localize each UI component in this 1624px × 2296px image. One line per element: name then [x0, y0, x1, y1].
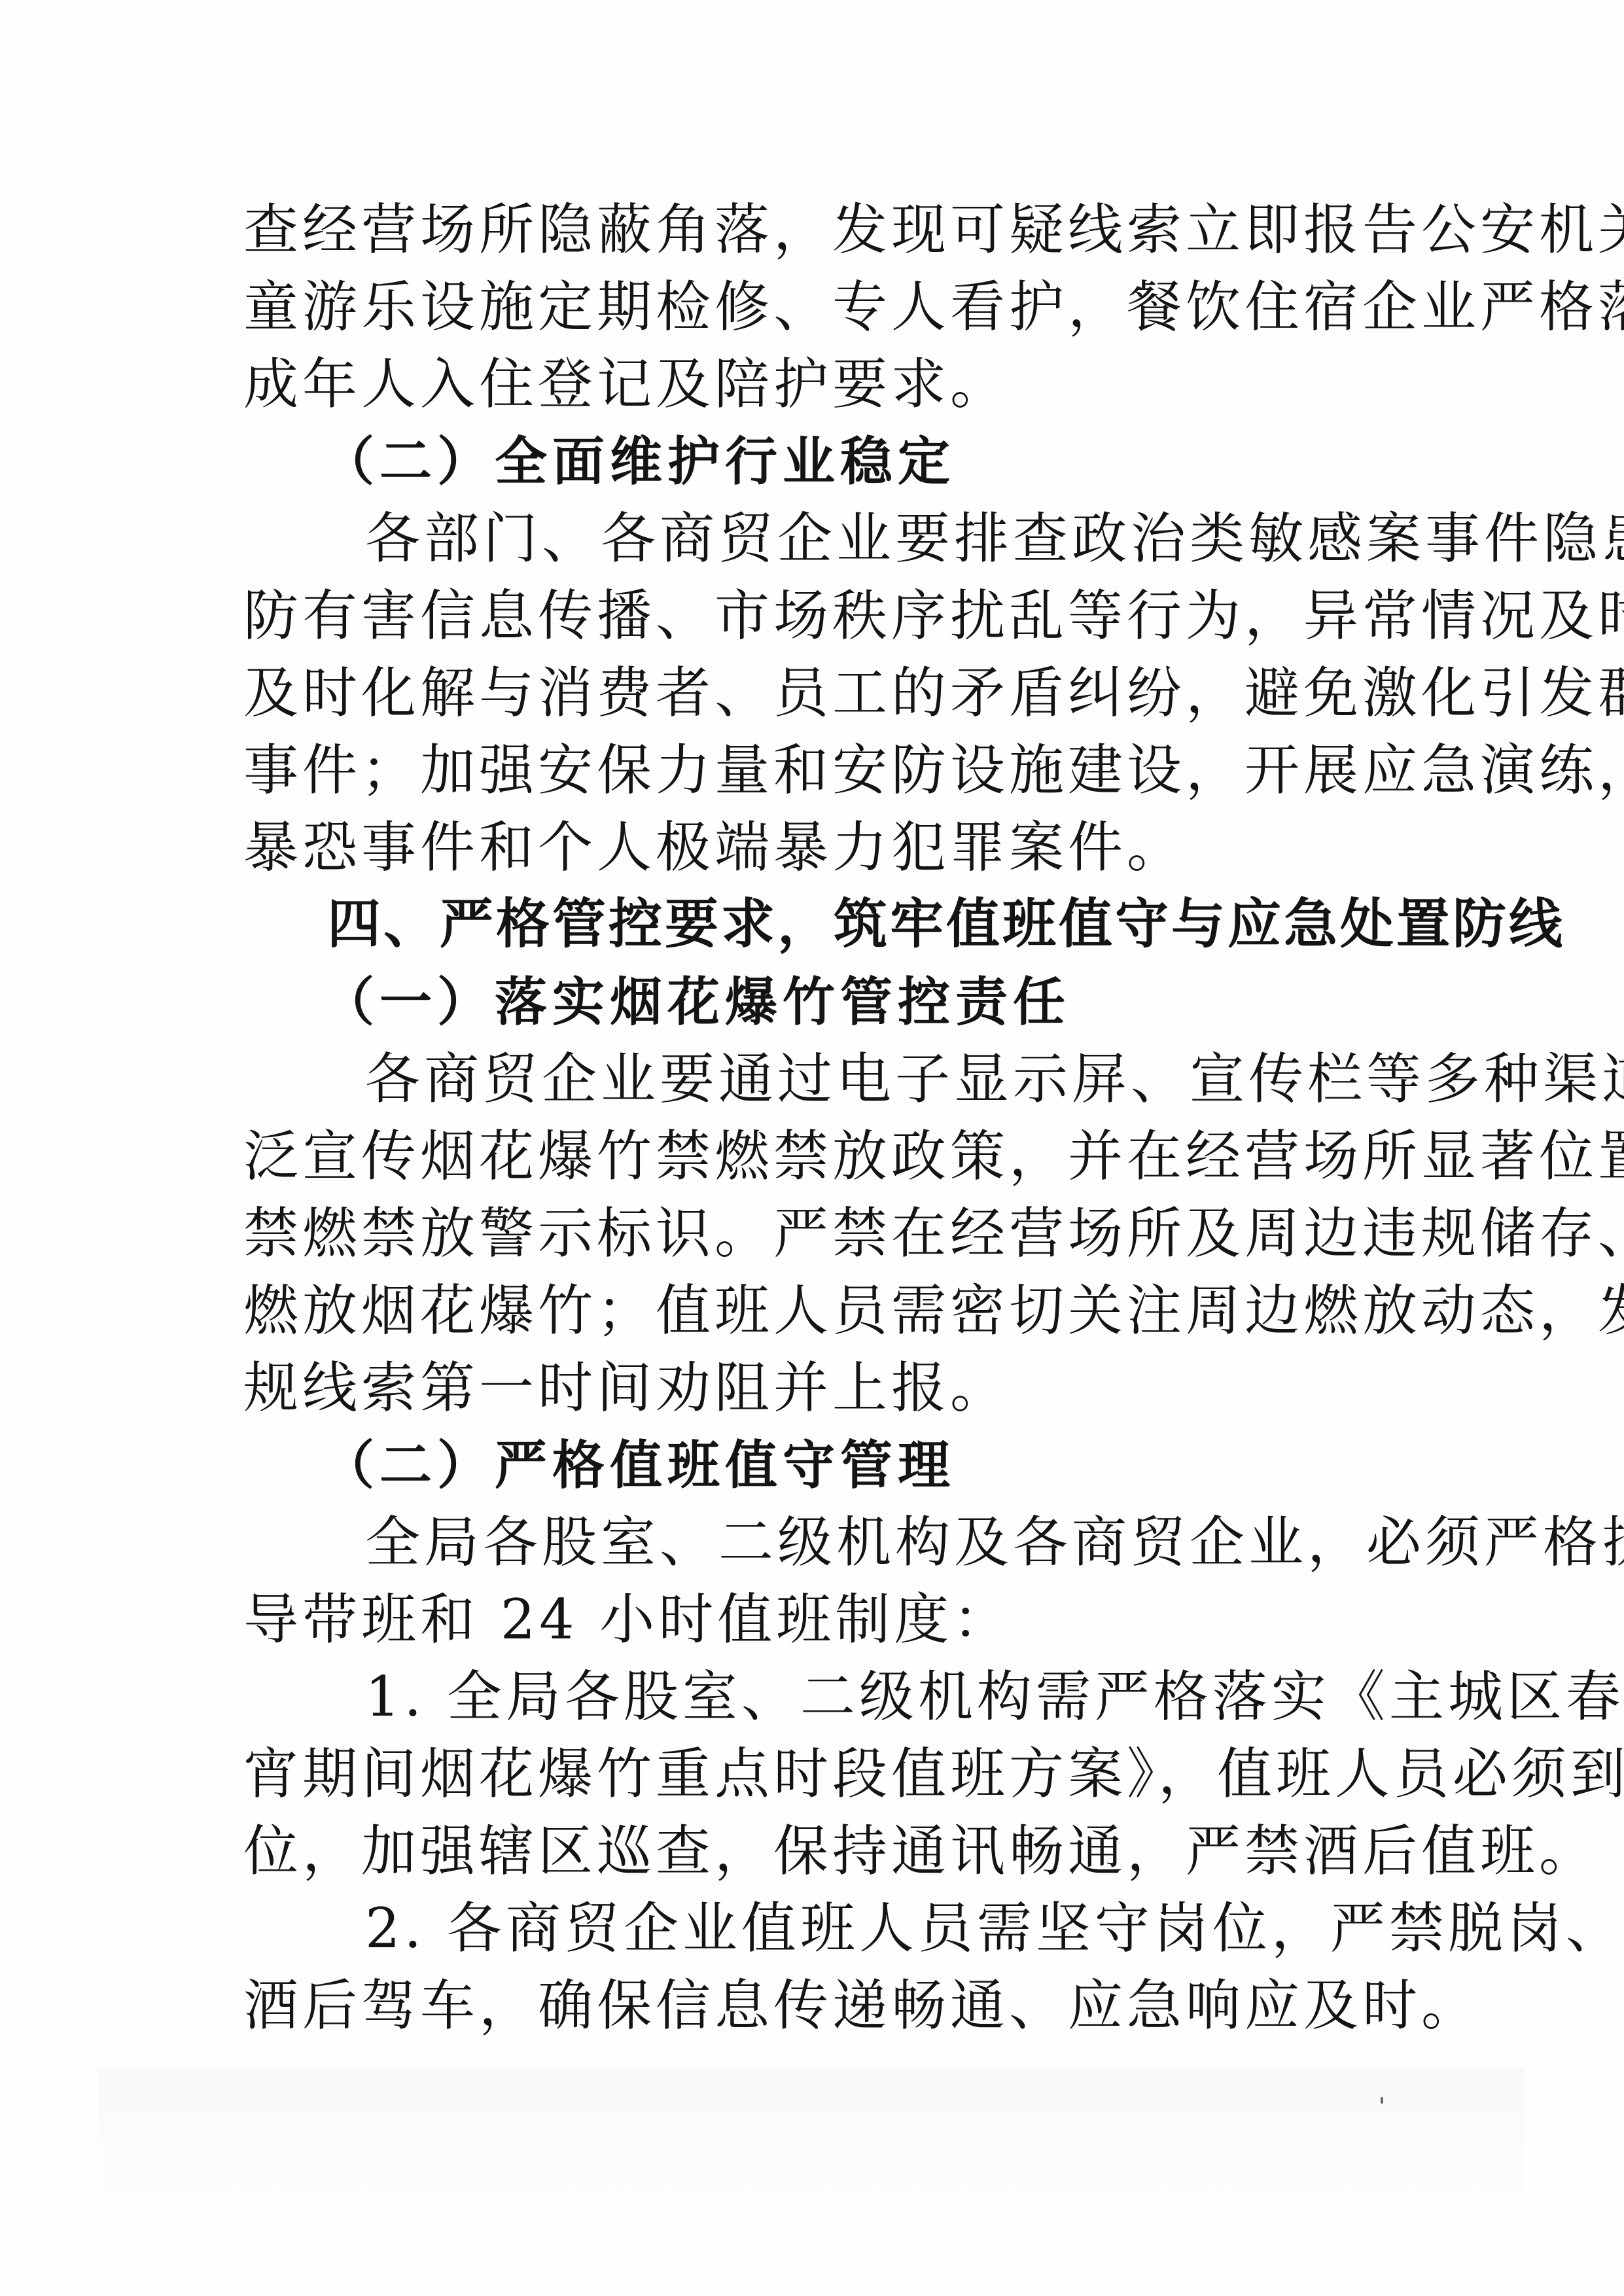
body-line: 导带班和 24 小时值班制度：: [243, 1581, 1402, 1658]
subheading-fireworks-control: （一）落实烟花爆竹管控责任: [243, 963, 1402, 1040]
body-line: 燃放烟花爆竹；值班人员需密切关注周边燃放动态，发现违: [243, 1272, 1402, 1349]
body-line: 及时化解与消费者、员工的矛盾纠纷，避免激化引发群体性: [243, 654, 1402, 732]
body-line: 暴恐事件和个人极端暴力犯罪案件。: [243, 809, 1402, 886]
body-line-indented: 全局各股室、二级机构及各商贸企业，必须严格执行领: [243, 1504, 1402, 1581]
body-line: 童游乐设施定期检修、专人看护，餐饮住宿企业严格落实未: [243, 268, 1402, 345]
body-line-indented: 各部门、各商贸企业要排查政治类敏感案事件隐患，严: [243, 500, 1402, 577]
body-line: 成年人入住登记及陪护要求。: [243, 345, 1402, 423]
body-line: 宵期间烟花爆竹重点时段值班方案》，值班人员必须到岗到: [243, 1735, 1402, 1812]
body-line: 事件；加强安保力量和安防设施建设，开展应急演练，防范: [243, 732, 1402, 809]
subheading-duty-management: （二）严格值班值守管理: [243, 1426, 1402, 1504]
scan-bleed-through: [98, 2068, 1525, 2238]
body-line: 禁燃禁放警示标识。严禁在经营场所及周边违规储存、销售、: [243, 1195, 1402, 1272]
document-page: 查经营场所隐蔽角落，发现可疑线索立即报告公安机关；儿 童游乐设施定期检修、专人看…: [243, 191, 1402, 2044]
subheading-maintain-stability: （二）全面维护行业稳定: [243, 423, 1402, 500]
body-line: 泛宣传烟花爆竹禁燃禁放政策，并在经营场所显著位置设置: [243, 1118, 1402, 1195]
body-line: 位，加强辖区巡查，保持通讯畅通，严禁酒后值班。: [243, 1812, 1402, 1890]
scan-speck: [1381, 2097, 1383, 2104]
body-line: 查经营场所隐蔽角落，发现可疑线索立即报告公安机关；儿: [243, 191, 1402, 268]
body-line: 酒后驾车，确保信息传递畅通、应急响应及时。: [243, 1967, 1402, 2044]
body-line-indented: 各商贸企业要通过电子显示屏、宣传栏等多种渠道，广: [243, 1040, 1402, 1118]
section-heading-four: 四、严格管控要求，筑牢值班值守与应急处置防线: [243, 886, 1402, 963]
body-line: 防有害信息传播、市场秩序扰乱等行为，异常情况及时上报；: [243, 577, 1402, 654]
body-line: 规线索第一时间劝阻并上报。: [243, 1349, 1402, 1426]
list-item-1: 1. 全局各股室、二级机构需严格落实《主城区春节及元: [243, 1658, 1402, 1735]
list-item-2: 2. 各商贸企业值班人员需坚守岗位，严禁脱岗、饮酒及: [243, 1890, 1402, 1967]
